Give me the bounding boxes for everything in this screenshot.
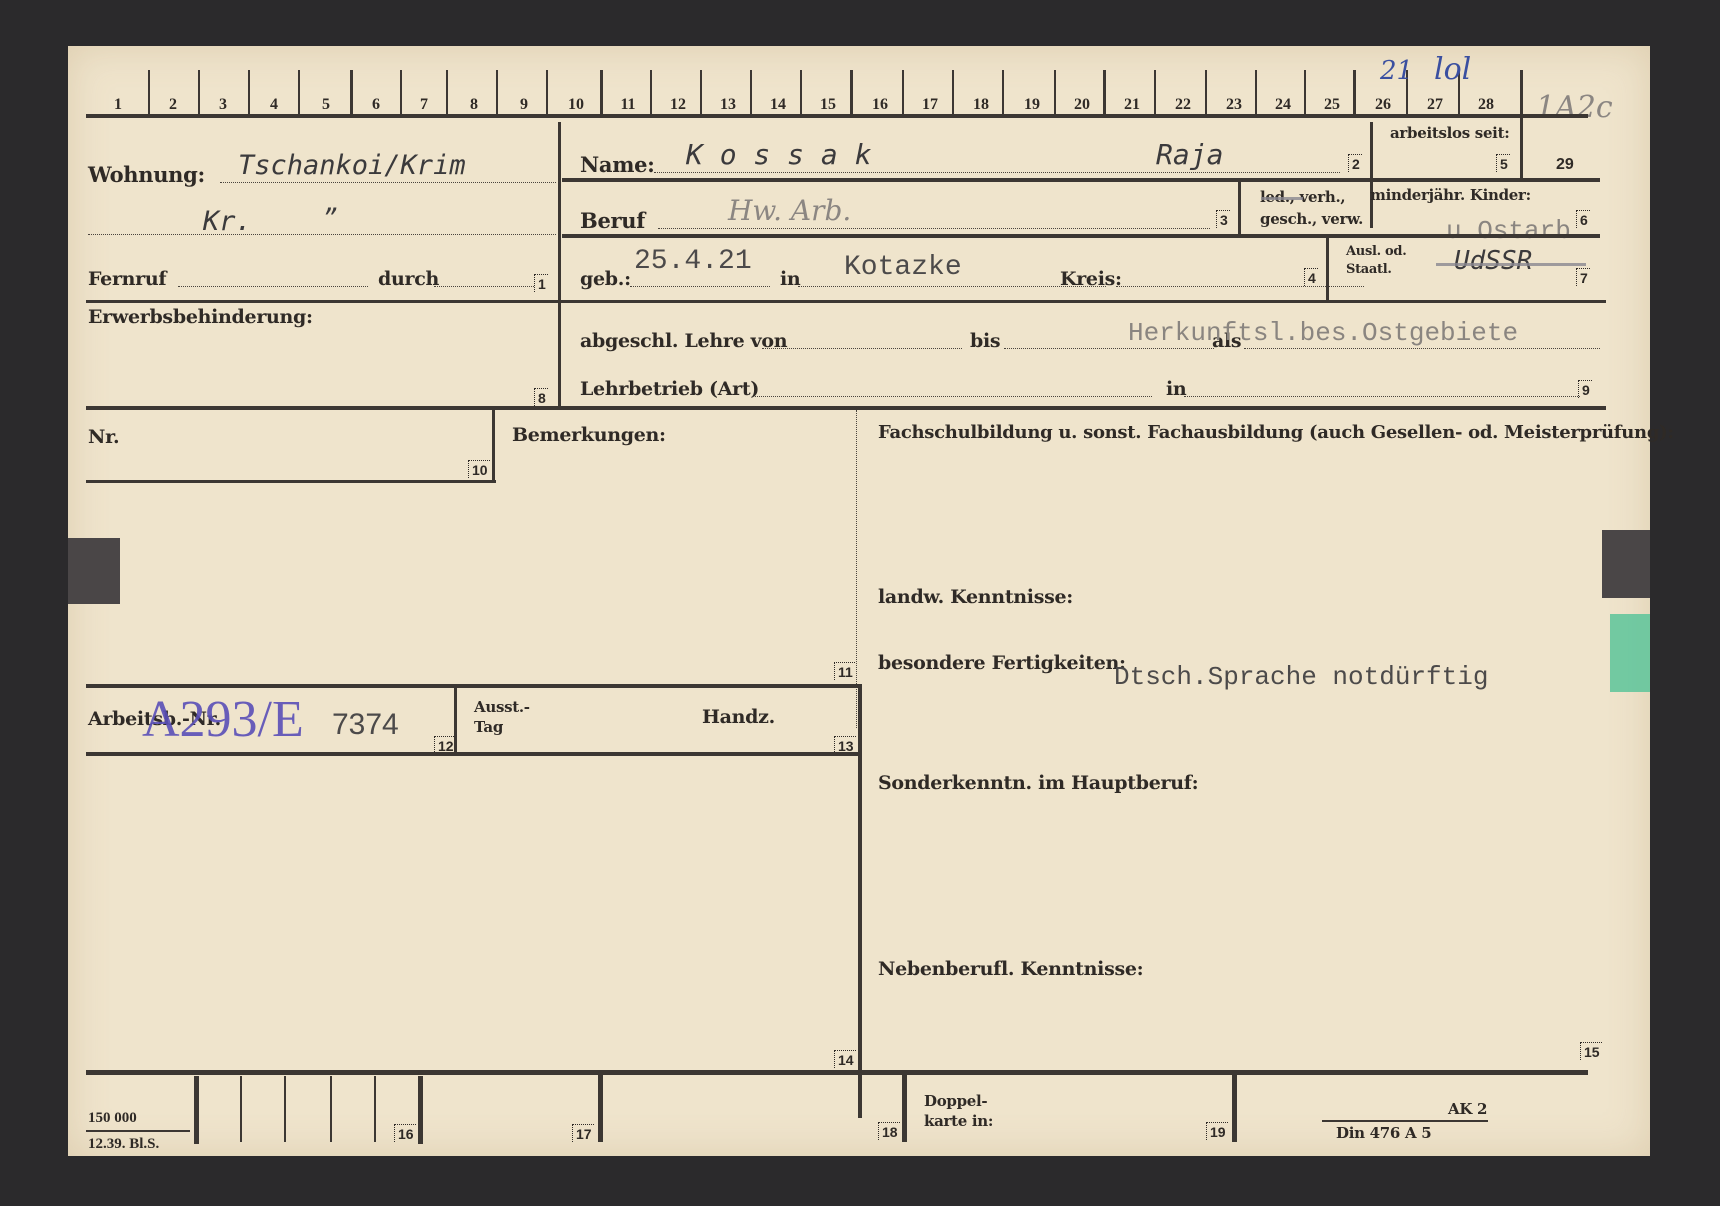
column-divider [350,70,353,114]
rule [86,684,860,688]
column-number: 9 [504,96,544,114]
form-id: AK 2 [1448,1100,1487,1118]
column-divider [496,70,498,114]
lehre-label: abgeschl. Lehre von [580,330,787,352]
doppelkarte-line2: karte in: [924,1112,993,1130]
column-number: 20 [1062,96,1102,114]
pencil-code: 1A2c [1536,90,1613,125]
rule [562,234,1600,238]
lehre-bis-line [1004,348,1214,349]
staat-line2: Staatl. [1346,262,1392,277]
column-number: 27 [1415,96,1455,114]
column-number: 26 [1363,96,1403,114]
column-divider [850,70,853,114]
fernruf-line [178,286,368,287]
kreis-label: Kreis: [1060,268,1122,290]
wohnung-line-2 [88,234,556,235]
vertical-divider [240,1076,242,1142]
column-divider [1002,70,1004,114]
geb-label: geb.: [580,268,631,290]
vertical-divider [1238,182,1241,234]
column-number: 4 [254,96,294,114]
vertical-divider [374,1076,376,1142]
rule [86,114,1588,118]
column-number: 10 [556,96,596,114]
vertical-divider [858,684,862,1118]
column-number: 22 [1163,96,1203,114]
bis-label: bis [970,330,1000,352]
pencil-strike [1436,263,1586,266]
column-number: 18 [961,96,1001,114]
firstname-value: Raja [1156,138,1223,171]
vertical-divider [558,122,561,409]
wohnung-line [220,182,556,183]
herkunft-typed: Herkunftsl.bes.Ostgebiete [1128,318,1518,348]
column-divider [248,70,250,114]
column-number: 21 [1112,96,1152,114]
column-number: 13 [708,96,748,114]
vertical-divider [1232,1072,1237,1142]
column-number: 24 [1263,96,1303,114]
fachschulbildung-label: Fachschulbildung u. sonst. Fachausbildun… [878,422,1674,443]
field-number: 19 [1206,1122,1228,1140]
familienstand-line2: gesch., verw. [1260,210,1363,228]
beruf-label: Beruf [580,208,645,233]
beruf-value: Hw. Arb. [728,194,851,227]
column-divider [1103,70,1106,114]
field-number: 14 [834,1050,856,1068]
field-number: 7 [1576,268,1590,286]
vertical-divider [284,1076,286,1142]
column-number: 11 [608,96,648,114]
field-number: 3 [1216,210,1230,228]
vertical-divider [1520,70,1523,178]
column-divider [1054,70,1056,114]
name-label: Name: [580,152,655,177]
sonderkenntnisse-label: Sonderkenntn. im Hauptberuf: [878,772,1198,794]
field-number: 2 [1348,154,1362,172]
geb-line [630,286,770,287]
field-number: 11 [834,662,855,680]
column-divider [700,70,702,114]
bemerkungen-label: Bemerkungen: [512,424,666,446]
column-number: 7 [404,96,444,114]
column-number: 14 [758,96,798,114]
nr-label: Nr. [88,426,119,448]
column-number: 15 [808,96,848,114]
lehrbetrieb-line [752,396,1152,397]
field-number: 1 [534,274,548,292]
kinder-label: minderjähr. Kinder: [1370,186,1531,204]
column-number: 5 [306,96,346,114]
fertigkeiten-label: besondere Fertigkeiten: [878,652,1126,674]
ausstellung-line1: Ausst.- [474,698,530,716]
column-divider [198,70,200,114]
vertical-divider [902,1072,907,1142]
rule [562,178,1600,182]
column-number: 3 [203,96,243,114]
handwritten-mark-col26: 21 [1380,56,1413,86]
column-divider [952,70,954,114]
handz-label: Handz. [702,706,775,728]
column-number: 16 [860,96,900,114]
vertical-divider [454,688,457,752]
surname-value: K o s s a k [686,138,871,171]
din-norm: Din 476 A 5 [1336,1124,1431,1142]
column-divider [650,70,652,114]
vertical-divider [492,410,495,480]
vertical-divider [194,1076,199,1144]
dotted-divider [856,410,857,728]
lehrbetrieb-in-line [1184,396,1580,397]
column-divider [298,70,300,114]
print-info: 12.39. Bl.S. [88,1136,159,1153]
column-divider [1304,70,1306,114]
vertical-divider [418,1076,423,1144]
staat-line1: Ausl. od. [1346,244,1406,259]
column-divider [1353,70,1356,114]
fertigkeiten-value: Dtsch.Sprache notdürftig [1114,662,1488,692]
field-number: 18 [878,1122,900,1140]
column-number: 1 [98,96,138,114]
field-number: 10 [468,460,490,478]
column-number: 2 [153,96,193,114]
wohnung-label: Wohnung: [88,162,205,187]
durch-line [434,286,534,287]
erwerbsbehinderung-label: Erwerbsbehinderung: [88,306,313,328]
column-number: 28 [1466,96,1506,114]
vertical-divider [598,1072,603,1142]
field-29: 29 [1556,156,1574,174]
column-number: 25 [1312,96,1352,114]
column-number: 19 [1012,96,1052,114]
rule [86,1130,190,1132]
arbeitsbuch-number: 7374 [332,708,399,742]
rule [86,1070,1588,1075]
pencil-strike [1261,197,1303,200]
column-divider [902,70,904,114]
index-tab-right [1602,530,1650,598]
column-divider [600,70,603,114]
print-run: 150 000 [88,1110,137,1127]
field-number: 15 [1580,1042,1602,1060]
field-number: 5 [1496,154,1510,172]
rule [86,406,1606,410]
beruf-line [658,228,1210,229]
arbeitsbuch-stamp: A293/E [142,690,304,749]
column-divider [1255,70,1257,114]
field-number: 16 [394,1124,416,1142]
wohnung-kreis: Kr. [203,206,252,237]
index-tab-left [68,538,120,604]
birthplace: Kotazke [844,252,962,283]
nebenberuf-label: Nebenberufl. Kenntnisse: [878,958,1143,980]
field-number: 9 [1578,380,1592,398]
vertical-divider [1370,122,1373,228]
column-divider [1205,70,1207,114]
vertical-divider [330,1076,332,1142]
field-number: 17 [572,1124,594,1142]
durch-label: durch [378,268,439,290]
rule [86,480,496,483]
ditto-mark: ” [323,204,337,232]
arbeitslos-label: arbeitslos seit: [1390,124,1509,142]
field-number: 4 [1304,268,1318,286]
lehrbetrieb-label: Lehrbetrieb (Art) [580,378,759,400]
field-number: 8 [534,388,548,406]
handwritten-mark-col27: lol [1434,52,1471,87]
column-divider [400,70,402,114]
lehre-von-line [762,348,962,349]
registration-card: 1 2 3 4 5 6 7 8 9 10 11 12 13 14 15 16 1… [68,46,1650,1156]
birth-date: 25.4.21 [634,246,752,277]
column-number: 17 [910,96,950,114]
fernruf-label: Fernruf [88,268,166,290]
staat-value: UdSSR [1454,246,1532,276]
ausstellung-line2: Tag [474,718,503,736]
column-divider [800,70,802,114]
landw-label: landw. Kenntnisse: [878,586,1073,608]
column-divider [750,70,752,114]
rule [1322,1120,1488,1122]
doppelkarte-line1: Doppel- [924,1092,987,1110]
lehre-als-line [1244,348,1600,349]
column-divider [446,70,448,114]
column-number: 8 [454,96,494,114]
column-divider [148,70,150,114]
green-index-tab [1610,614,1650,692]
vertical-divider [1326,238,1329,300]
rule [86,300,1606,303]
column-number: 6 [356,96,396,114]
kinder-typed: u.Ostarb. [1446,216,1586,246]
column-divider [1154,70,1156,114]
name-line [654,172,1340,173]
column-divider [546,70,548,114]
column-number: 12 [658,96,698,114]
column-number: 23 [1214,96,1254,114]
wohnung-value: Tschankoi/Krim [238,150,466,181]
rule [86,752,860,756]
